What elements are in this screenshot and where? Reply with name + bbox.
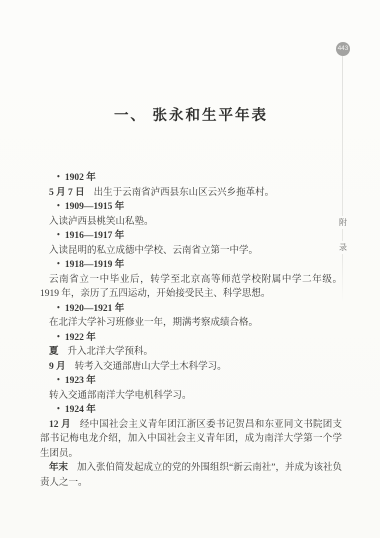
entry-year-line: •1909—1915 年 [40,200,342,215]
paragraph-date-label: 5 月 7 日 [49,188,94,198]
entry-year-label: 1916—1917 年 [65,231,124,241]
entry-year-label: 1918—1919 年 [65,260,124,270]
entry-year-label: 1924 年 [65,405,96,415]
entry-year-line: •1920—1921 年 [40,302,342,317]
chronology-entry: •1909—1915 年入读泸西县桃笑山私塾。 [40,200,342,229]
chronology-entry: •1922 年夏升入北洋大学预科。9 月转考入交通部唐山大学土木科学习。 [40,331,342,375]
bullet-icon: • [57,201,60,210]
entry-year-label: 1909—1915 年 [65,202,124,212]
entry-paragraph: 入读泸西县桃笑山私塾。 [40,215,342,230]
chronology-entry: •1902 年5 月 7 日出生于云南省泸西县东山区云兴乡拖革村。 [40,171,342,200]
bullet-icon: • [57,259,60,268]
paragraph-text: 入读昆明的私立成德中学校、云南省立第一中学。 [49,246,258,256]
chronology-title: 一、 张永和生平年表 [40,104,342,125]
entry-year-label: 1923 年 [65,376,96,386]
entry-paragraph: 9 月转考入交通部唐山大学土木科学习。 [40,360,342,375]
paragraph-text: 经中国社会主义青年团江浙区委书记贺昌和东亚同文书院团支部书记梅电龙介绍，加入中国… [40,420,342,459]
entry-paragraph: 12 月经中国社会主义青年团江浙区委书记贺昌和东亚同文书院团支部书记梅电龙介绍，… [40,418,342,462]
bullet-icon: • [57,332,60,341]
side-rule [342,56,343,302]
entry-paragraph: 在北洋大学补习班修业一年，期满考察成绩合格。 [40,316,342,331]
chronology-entry: •1923 年转入交通部南洋大学电机科学习。 [40,374,342,403]
paragraph-text: 加入张伯简发起成立的党的外围组织“新云南社”，并成为该社负责人之一。 [40,463,342,488]
bullet-icon: • [57,404,60,413]
paragraph-date-label: 夏 [49,347,68,357]
entry-year-line: •1902 年 [40,171,342,186]
chronology-entry: •1918—1919 年云南省立一中毕业后，转学至北京高等师范学校附属中学二年级… [40,258,342,302]
book-page: 443 附录 一、 张永和生平年表 •1902 年5 月 7 日出生于云南省泸西… [0,0,380,538]
paragraph-text: 转考入交通部唐山大学土木科学习。 [75,362,227,372]
bullet-icon: • [57,375,60,384]
entry-paragraph: 5 月 7 日出生于云南省泸西县东山区云兴乡拖革村。 [40,186,342,201]
chronology-entry: •1916—1917 年入读昆明的私立成德中学校、云南省立第一中学。 [40,229,342,258]
bullet-icon: • [57,172,60,181]
entry-year-label: 1920—1921 年 [65,304,124,314]
entry-year-label: 1922 年 [65,333,96,343]
paragraph-text: 出生于云南省泸西县东山区云兴乡拖革村。 [94,188,275,198]
paragraph-text: 在北洋大学补习班修业一年，期满考察成绩合格。 [49,318,258,328]
chronology-entry: •1924 年12 月经中国社会主义青年团江浙区委书记贺昌和东亚同文书院团支部书… [40,403,342,490]
paragraph-text: 入读泸西县桃笑山私塾。 [49,217,154,227]
bullet-icon: • [57,230,60,239]
paragraph-text: 转入交通部南洋大学电机科学习。 [49,391,192,401]
chronology-list: •1902 年5 月 7 日出生于云南省泸西县东山区云兴乡拖革村。•1909—1… [40,171,342,490]
entry-year-line: •1923 年 [40,374,342,389]
entry-paragraph: 云南省立一中毕业后，转学至北京高等师范学校附属中学二年级。1919 年，亲历了五… [40,273,342,302]
page-number-badge: 443 [336,42,350,56]
paragraph-date-label: 9 月 [49,362,75,372]
entry-paragraph: 转入交通部南洋大学电机科学习。 [40,389,342,404]
entry-year-line: •1916—1917 年 [40,229,342,244]
entry-paragraph: 入读昆明的私立成德中学校、云南省立第一中学。 [40,244,342,259]
entry-year-line: •1924 年 [40,403,342,418]
chronology-entry: •1920—1921 年在北洋大学补习班修业一年，期满考察成绩合格。 [40,302,342,331]
paragraph-text: 云南省立一中毕业后，转学至北京高等师范学校附属中学二年级。1919 年，亲历了五… [40,275,342,300]
bullet-icon: • [57,303,60,312]
entry-year-line: •1918—1919 年 [40,258,342,273]
paragraph-date-label: 年末 [49,463,77,473]
entry-year-line: •1922 年 [40,331,342,346]
entry-paragraph: 年末加入张伯简发起成立的党的外围组织“新云南社”，并成为该社负责人之一。 [40,461,342,490]
paragraph-text: 升入北洋大学预科。 [68,347,154,357]
entry-paragraph: 夏升入北洋大学预科。 [40,345,342,360]
paragraph-date-label: 12 月 [49,420,80,430]
entry-year-label: 1902 年 [65,173,96,183]
